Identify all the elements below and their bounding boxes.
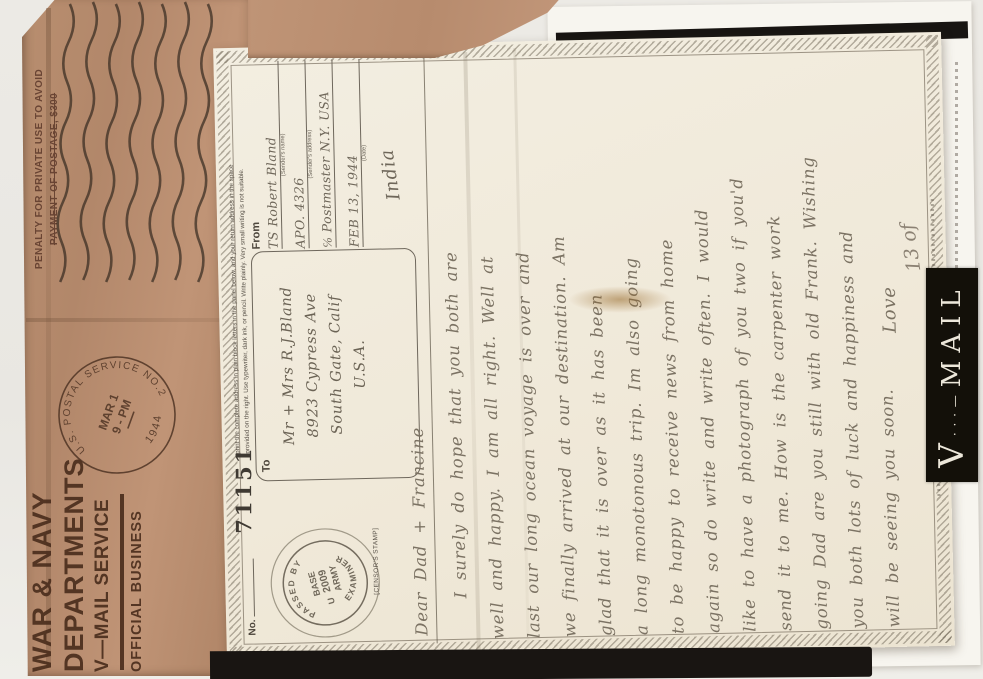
sender-field: FEB 13, 1944 (Date) <box>342 59 370 247</box>
to-label: To <box>260 459 272 472</box>
vmail-logo-mail: MAIL <box>937 282 967 387</box>
vmail-form-rotated-content: No. 71151 print the complete address in … <box>213 32 955 662</box>
serial-number-row: No. <box>241 559 259 636</box>
sender-field: TS Robert Bland (Sender's name) <box>261 61 289 249</box>
pencil-annotation: 13 of <box>876 152 946 272</box>
return-line-4: OFFICIAL BUSINESS <box>129 420 145 672</box>
vmail-logo-v: V <box>932 443 972 468</box>
vmail-logo-text: V · · · — MAIL <box>926 268 978 482</box>
pencil-annotation-value: 13 of <box>897 222 926 273</box>
serial-number-stamp: 71151 <box>231 446 256 534</box>
pencil-annotation-text: 13 of <box>876 152 946 272</box>
sender-block: From TS Robert Bland (Sender's name) APO… <box>246 59 370 250</box>
penalty-line-1: PENALTY FOR PRIVATE USE TO AVOID <box>32 4 47 334</box>
letter-body: I surely do hope that you both are well … <box>427 41 912 641</box>
return-underline <box>120 494 124 670</box>
sender-field: ℅ Postmaster N.Y. USA <box>315 59 343 247</box>
vmail-logo-morse: · · · — <box>942 394 962 436</box>
recipient-address: Mr + Mrs R.J.Bland 8923 Cypress Ave Sout… <box>274 250 375 480</box>
letter-closing: Love <box>879 286 901 333</box>
paper-stain <box>568 286 672 313</box>
cancellation-wavy-lines <box>56 0 226 312</box>
vmail-form: No. 71151 print the complete address in … <box>213 32 955 662</box>
no-blank-line <box>241 559 255 617</box>
censor-stamp-caption: [CENSOR'S STAMP] <box>372 528 381 595</box>
photo-edge-bottom <box>210 647 872 679</box>
recipient-line-1: Mr + Mrs R.J.Bland <box>274 251 303 479</box>
return-line-3: V—MAIL SERVICE <box>90 420 116 672</box>
return-address-block: WAR & NAVY DEPARTMENTS V—MAIL SERVICE OF… <box>26 420 206 672</box>
no-label: No. <box>247 619 258 635</box>
return-line-1: WAR & NAVY <box>26 420 58 672</box>
censor-side-letter: U <box>326 596 337 605</box>
vmail-logo: V · · · — MAIL <box>926 268 978 482</box>
return-line-2: DEPARTMENTS <box>58 420 90 672</box>
sender-field: APO. 4326 (Sender's address) <box>288 60 316 248</box>
vmail-letter-scan: PENALTY FOR PRIVATE USE TO AVOID PAYMENT… <box>0 0 983 679</box>
recipient-panel: To Mr + Mrs R.J.Bland 8923 Cypress Ave S… <box>251 248 421 482</box>
recipient-line-4: U.S.A. <box>346 250 375 478</box>
